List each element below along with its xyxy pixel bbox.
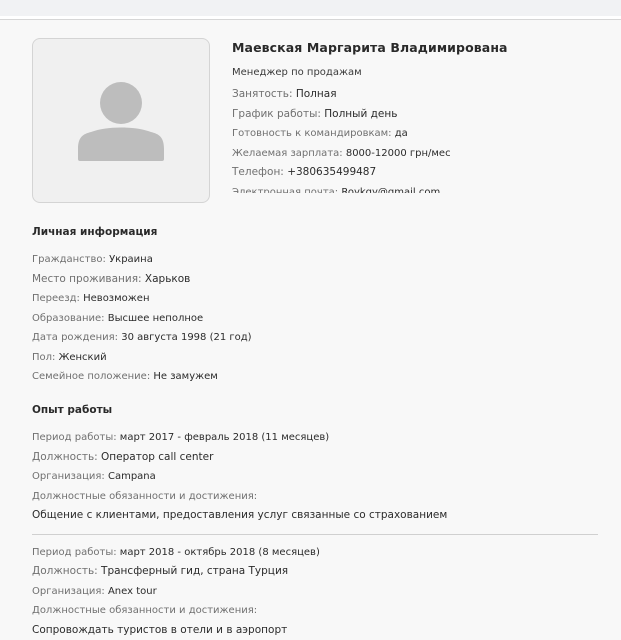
job-label: Должностные обязанности и достижения: xyxy=(32,491,257,502)
experience-title: Опыт работы xyxy=(32,402,598,418)
job-period: Период работы: март 2017 - февраль 2018 … xyxy=(32,428,598,448)
job-duties: Общение с клиентами, предоставления услу… xyxy=(32,506,598,526)
detail-label: Электронная почта: xyxy=(232,187,338,193)
info-label: Переезд: xyxy=(32,293,80,304)
job-value: Anex tour xyxy=(108,586,157,597)
candidate-name: Маевская Маргарита Владимирована xyxy=(232,38,612,57)
personal-relocation: Переезд: Невозможен xyxy=(32,289,598,309)
job-period: Период работы: март 2018 - октябрь 2018 … xyxy=(32,543,598,563)
personal-info-section: Личная информация Гражданство: Украина М… xyxy=(32,224,598,387)
detail-value: да xyxy=(395,128,408,139)
info-label: Образование: xyxy=(32,313,105,324)
info-value: Харьков xyxy=(145,273,190,285)
info-value: Женский xyxy=(59,352,107,363)
detail-value: 8000-12000 грн/мес xyxy=(346,148,451,159)
personal-marital-status: Семейное положение: Не замужем xyxy=(32,367,598,387)
personal-education: Образование: Высшее неполное xyxy=(32,309,598,329)
job-value: март 2018 - октябрь 2018 (8 месяцев) xyxy=(120,547,320,558)
job-value: Трансферный гид, страна Турция xyxy=(101,565,288,577)
info-label: Место проживания: xyxy=(32,273,142,285)
info-value: Украина xyxy=(109,254,153,265)
job-entry: Период работы: март 2018 - октябрь 2018 … xyxy=(32,543,598,638)
user-placeholder-icon xyxy=(77,79,167,163)
info-value: 30 августа 1998 (21 год) xyxy=(121,332,251,343)
detail-salary: Желаемая зарплата: 8000-12000 грн/мес xyxy=(232,144,612,164)
personal-residence: Место проживания: Харьков xyxy=(32,270,598,290)
profile-header: Маевская Маргарита Владимирована Менедже… xyxy=(232,38,612,193)
job-divider xyxy=(32,534,598,535)
job-value: Общение с клиентами, предоставления услу… xyxy=(32,509,447,521)
phone-link[interactable]: +380635499487 xyxy=(287,166,376,178)
detail-schedule: График работы: Полный день xyxy=(232,105,612,125)
detail-employment: Занятость: Полная xyxy=(232,85,612,105)
info-value: Невозможен xyxy=(83,293,149,304)
email-link[interactable]: Roykgy@gmail.com xyxy=(341,187,440,193)
info-label: Дата рождения: xyxy=(32,332,118,343)
detail-label: График работы: xyxy=(232,108,321,120)
job-organization: Организация: Campana xyxy=(32,467,598,487)
experience-section: Опыт работы Период работы: март 2017 - ф… xyxy=(32,402,598,637)
detail-email: Электронная почта: Roykgy@gmail.com xyxy=(232,183,612,193)
job-label: Период работы: xyxy=(32,432,117,443)
job-entry: Период работы: март 2017 - февраль 2018 … xyxy=(32,428,598,526)
personal-citizenship: Гражданство: Украина xyxy=(32,250,598,270)
job-value: Сопровождать туристов в отели и в аэропо… xyxy=(32,624,287,636)
detail-label: Занятость: xyxy=(232,88,293,100)
job-value: март 2017 - февраль 2018 (11 месяцев) xyxy=(120,432,329,443)
job-label: Организация: xyxy=(32,586,105,597)
job-duties-label: Должностные обязанности и достижения: xyxy=(32,487,598,507)
job-duties-label: Должностные обязанности и достижения: xyxy=(32,601,598,621)
detail-travel: Готовность к командировкам: да xyxy=(232,124,612,144)
personal-gender: Пол: Женский xyxy=(32,348,598,368)
detail-value: Полная xyxy=(296,88,337,100)
job-label: Должность: xyxy=(32,451,98,463)
detail-phone: Телефон: +380635499487 xyxy=(232,163,612,183)
job-organization: Организация: Anex tour xyxy=(32,582,598,602)
detail-label: Желаемая зарплата: xyxy=(232,148,343,159)
info-value: Высшее неполное xyxy=(108,313,203,324)
personal-info-title: Личная информация xyxy=(32,224,598,240)
job-label: Период работы: xyxy=(32,547,117,558)
job-label: Организация: xyxy=(32,471,105,482)
detail-value: Полный день xyxy=(324,108,397,120)
candidate-position: Менеджер по продажам xyxy=(232,65,612,80)
info-label: Пол: xyxy=(32,352,55,363)
job-value: Оператор call center xyxy=(101,451,213,463)
personal-birthdate: Дата рождения: 30 августа 1998 (21 год) xyxy=(32,328,598,348)
top-bar xyxy=(0,0,621,16)
info-label: Семейное положение: xyxy=(32,371,150,382)
job-duties: Сопровождать туристов в отели и в аэропо… xyxy=(32,621,598,638)
detail-label: Готовность к командировкам: xyxy=(232,128,392,139)
detail-label: Телефон: xyxy=(232,166,284,178)
top-divider xyxy=(0,19,621,20)
profile-photo xyxy=(32,38,210,203)
job-label: Должность: xyxy=(32,565,98,577)
job-position: Должность: Трансферный гид, страна Турци… xyxy=(32,562,598,582)
job-position: Должность: Оператор call center xyxy=(32,448,598,468)
info-value: Не замужем xyxy=(153,371,217,382)
info-label: Гражданство: xyxy=(32,254,106,265)
job-label: Должностные обязанности и достижения: xyxy=(32,605,257,616)
job-value: Campana xyxy=(108,471,156,482)
